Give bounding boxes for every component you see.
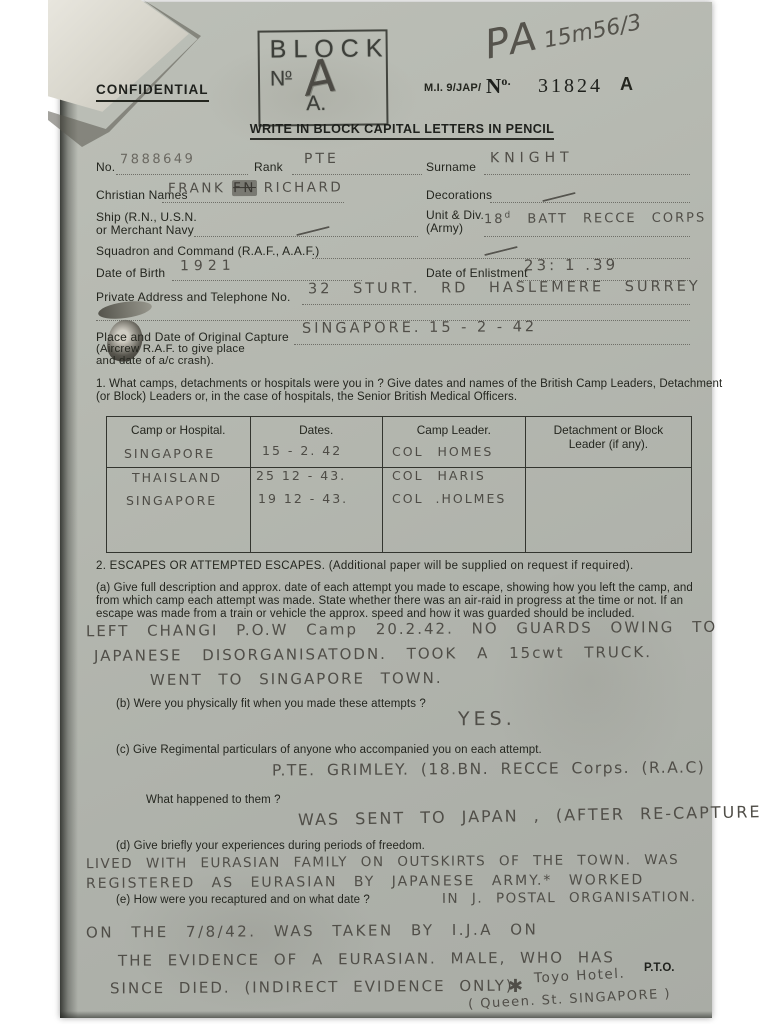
q2d-answer-line2: REGISTERED AS EURASIAN BY JAPANESE ARMY.… xyxy=(86,872,644,892)
enlistment-label: Date of Enlistment xyxy=(426,266,528,280)
capture-label: Place and Date of Original Capture xyxy=(96,330,289,344)
question-1-text-2: (or Block) Leaders or, in the case of ho… xyxy=(96,391,517,403)
q2c-text: (c) Give Regimental particulars of anyon… xyxy=(116,744,542,756)
q2b-text: (b) Were you physically fit when you mad… xyxy=(116,698,426,710)
ship-label: Ship (R.N., U.S.N. xyxy=(96,210,197,224)
dotted-line xyxy=(294,344,690,345)
dotted-line xyxy=(312,258,690,259)
q2a-answer-line2: JAPANESE DISORGANISATODN. TOOK A 15cwt T… xyxy=(94,643,652,665)
dotted-line xyxy=(302,304,690,305)
dotted-line xyxy=(162,202,344,203)
q2d-text: (d) Give briefly your experiences during… xyxy=(116,840,425,852)
detachment-cell xyxy=(525,468,691,553)
q2e-answer-inline: IN J. POSTAL ORGANISATION. xyxy=(442,889,697,907)
pencil-dash xyxy=(542,192,575,202)
pencil-dash xyxy=(296,226,329,236)
stamp-no-word: No xyxy=(270,66,292,91)
leader-entry: COL HARIS xyxy=(392,468,486,483)
dotted-line xyxy=(484,174,690,175)
stamp-letter-a: A. xyxy=(306,92,326,116)
unit-div-value: 18d BATT RECCE CORPS xyxy=(484,209,706,227)
dotted-line xyxy=(292,174,422,175)
dotted-line xyxy=(490,202,690,203)
form-number-no: No. xyxy=(486,74,511,99)
instruction-heading: WRITE IN BLOCK CAPITAL LETTERS IN PENCIL xyxy=(210,122,594,136)
dates-entry: 25 12 - 43. xyxy=(256,468,346,483)
capture-note: (Aircrew R.A.F. to give place xyxy=(96,343,245,355)
address-value: 32 STURT. RD HASLEMERE SURREY xyxy=(308,279,701,298)
dob-label: Date of Birth xyxy=(96,266,165,280)
dates-entry: 15 - 2. 42 xyxy=(262,443,342,458)
address-label: Private Address and Telephone No. xyxy=(96,290,291,304)
form-number-suffix: A xyxy=(620,74,633,95)
q2b-answer: YES. xyxy=(458,708,516,730)
capture-value: SINGAPORE. 15 - 2 - 42 xyxy=(302,319,537,337)
surname-value: KNIGHT xyxy=(490,150,574,167)
q2a-answer-line1: LEFT CHANGI P.O.W Camp 20.2.42. NO GUARD… xyxy=(86,618,717,640)
paper-sheet: CONFIDENTIAL BLOCK No A A. PA 15m56/3 M.… xyxy=(60,2,712,1018)
q2c-followup-text: What happened to them ? xyxy=(146,794,281,806)
footnote-toyo-hotel: Toyo Hotel. xyxy=(534,966,626,987)
registrar-scrawl: PA 15m56/3 xyxy=(481,0,644,69)
dob-value: 1921 xyxy=(180,258,236,274)
squadron-label: Squadron and Command (R.A.F., A.A.F.) xyxy=(96,244,320,258)
q2e-answer-line3: SINCE DIED. (INDIRECT EVIDENCE ONLY). xyxy=(110,977,521,998)
form-number-value: 31824 xyxy=(538,75,603,98)
q2a-text-2: from which camp each attempt was made. S… xyxy=(96,595,683,607)
camp-entry: THAISLAND xyxy=(132,470,222,485)
rank-value: PTE xyxy=(304,151,339,167)
pto-marking: P.T.O. xyxy=(644,962,674,974)
col-leader-header: Camp Leader. xyxy=(382,417,525,468)
camp-entry: SINGAPORE xyxy=(124,446,215,461)
pencil-dash xyxy=(484,246,517,256)
camp-entry: SINGAPORE xyxy=(126,493,217,508)
unit-div-label: Unit & Div. xyxy=(426,208,484,222)
leader-entry: COL .HOLMES xyxy=(392,491,506,506)
scanned-pow-questionnaire: CONFIDENTIAL BLOCK No A A. PA 15m56/3 M.… xyxy=(0,0,772,1024)
form-series-label: M.I. 9/JAP/ xyxy=(424,82,481,94)
dotted-line xyxy=(484,236,690,237)
q2d-answer-line1: LIVED WITH EURASIAN FAMILY ON OUTSKIRTS … xyxy=(86,852,679,872)
surname-label: Surname xyxy=(426,160,476,174)
dotted-line xyxy=(194,236,418,237)
q2e-answer-line1: ON THE 7/8/42. WAS TAKEN BY I.J.A ON xyxy=(86,920,538,941)
q2c-answer: P.TE. GRIMLEY. (18.BN. RECCE Corps. (R.A… xyxy=(272,758,705,779)
q2e-answer-line2: THE EVIDENCE OF A EURASIAN. MALE, WHO HA… xyxy=(118,948,615,969)
leader-entry: COL HOMES xyxy=(392,444,493,459)
question-1-text: 1. What camps, detachments or hospitals … xyxy=(96,378,722,390)
col-dates-header: Dates. xyxy=(250,417,382,468)
rank-label: Rank xyxy=(254,160,283,174)
confidential-marking: CONFIDENTIAL xyxy=(96,82,209,102)
ship-label-2: or Merchant Navy xyxy=(96,223,194,237)
dates-entry: 19 12 - 43. xyxy=(258,491,348,506)
christian-names-value: FRANK FN RICHARD xyxy=(168,179,343,196)
q2c-followup-answer: WAS SENT TO JAPAN , (AFTER RE-CAPTURE ) xyxy=(298,802,772,829)
serial-no-value: 7888649 xyxy=(120,152,196,168)
question-2-heading: 2. ESCAPES OR ATTEMPTED ESCAPES. (Additi… xyxy=(96,560,633,572)
dotted-line xyxy=(116,174,248,175)
q2e-text: (e) How were you recaptured and on what … xyxy=(116,894,370,906)
unit-div-label-2: (Army) xyxy=(426,221,463,235)
capture-note-2: and date of a/c crash). xyxy=(96,355,214,367)
q2a-answer-line3: WENT TO SINGAPORE TOWN. xyxy=(150,669,443,689)
serial-no-label: No. xyxy=(96,160,115,174)
block-number-stamp: BLOCK No A A. xyxy=(258,29,389,126)
col-detachment-header: Detachment or Block Leader (if any). xyxy=(525,417,691,468)
q2a-text: (a) Give full description and approx. da… xyxy=(96,582,693,594)
struck-out-word: FN xyxy=(232,180,257,196)
enlistment-value: 23: 1 .39 xyxy=(524,256,618,275)
decorations-label: Decorations xyxy=(426,188,492,202)
